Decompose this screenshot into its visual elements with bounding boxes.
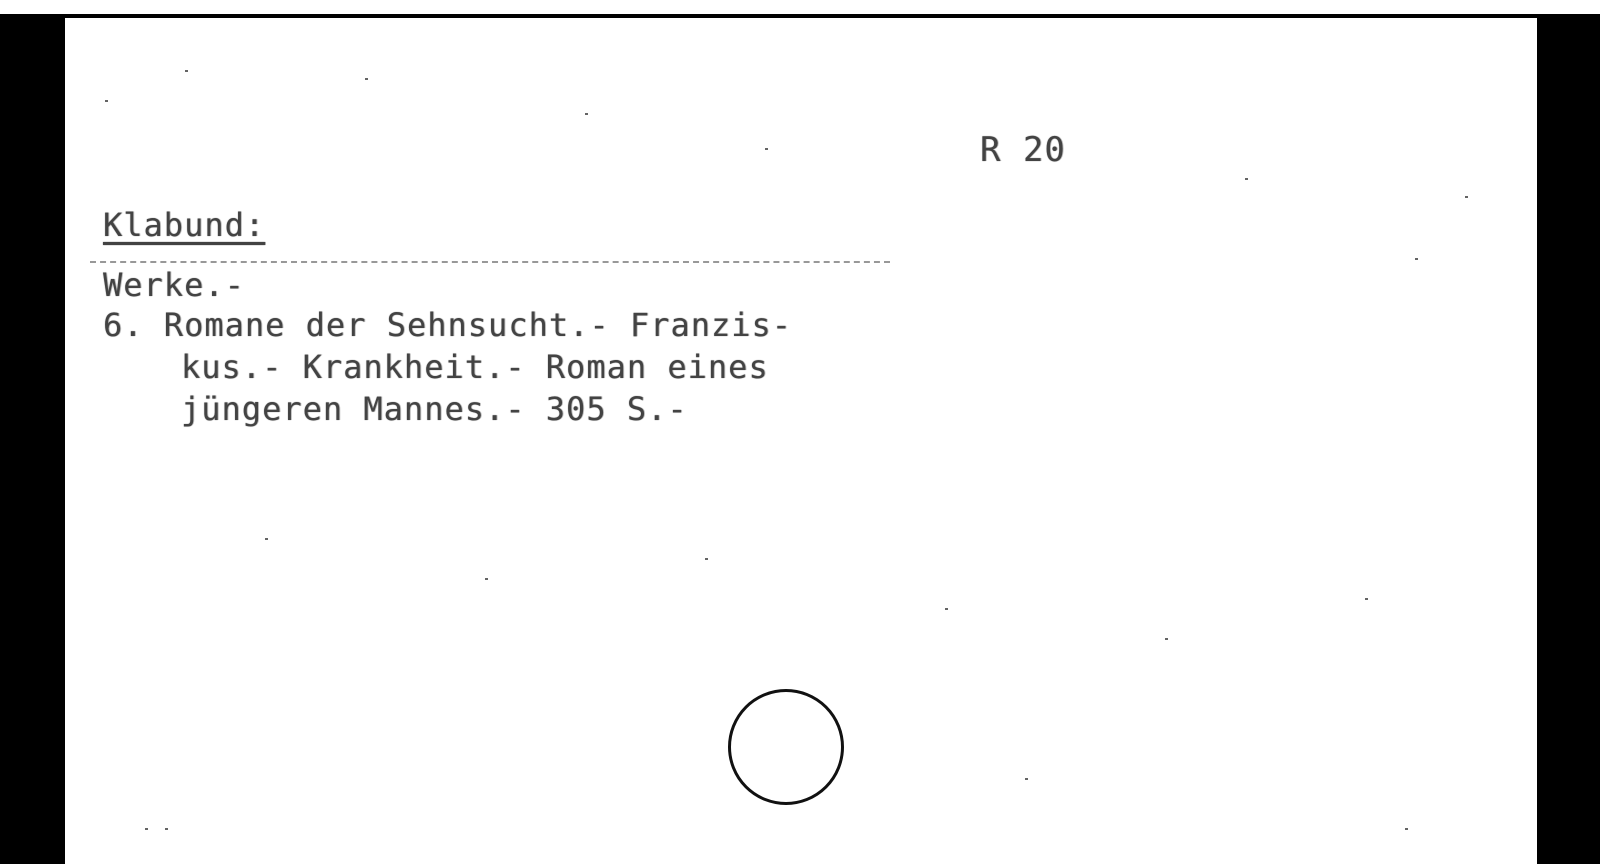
scan-speck — [1465, 196, 1468, 198]
scan-speck — [1415, 258, 1418, 260]
scan-right-border — [1537, 14, 1600, 864]
scan-speck — [705, 558, 708, 560]
scan-speck — [765, 148, 768, 150]
entry-line-3: jüngeren Mannes.- 305 S.- — [181, 390, 688, 428]
scan-speck — [1165, 638, 1168, 640]
scan-speck — [1365, 598, 1368, 600]
punch-hole-circle — [728, 689, 844, 805]
scan-speck — [365, 78, 368, 80]
heading-rule — [90, 261, 890, 263]
author-heading: Klabund: — [103, 206, 265, 244]
catalog-card: R 20 Klabund: Werke.- 6. Romane der Sehn… — [65, 18, 1537, 864]
scan-speck — [145, 828, 148, 830]
call-number: R 20 — [980, 130, 1066, 170]
entry-line-2: kus.- Krankheit.- Roman eines — [181, 348, 769, 386]
scan-speck — [105, 100, 108, 102]
entry-line-1: 6. Romane der Sehnsucht.- Franzis- — [103, 306, 792, 344]
scan-speck — [585, 113, 588, 115]
scan-speck — [1405, 828, 1408, 830]
scan-speck — [165, 828, 168, 830]
scanned-catalog-card-image: R 20 Klabund: Werke.- 6. Romane der Sehn… — [0, 0, 1600, 864]
scan-speck — [185, 70, 188, 72]
series-title: Werke.- — [103, 266, 245, 304]
scan-speck — [485, 578, 488, 580]
scan-speck — [1025, 778, 1028, 780]
scan-speck — [265, 538, 268, 540]
scan-speck — [1245, 178, 1248, 180]
scan-left-border — [0, 14, 65, 864]
scan-speck — [945, 608, 948, 610]
